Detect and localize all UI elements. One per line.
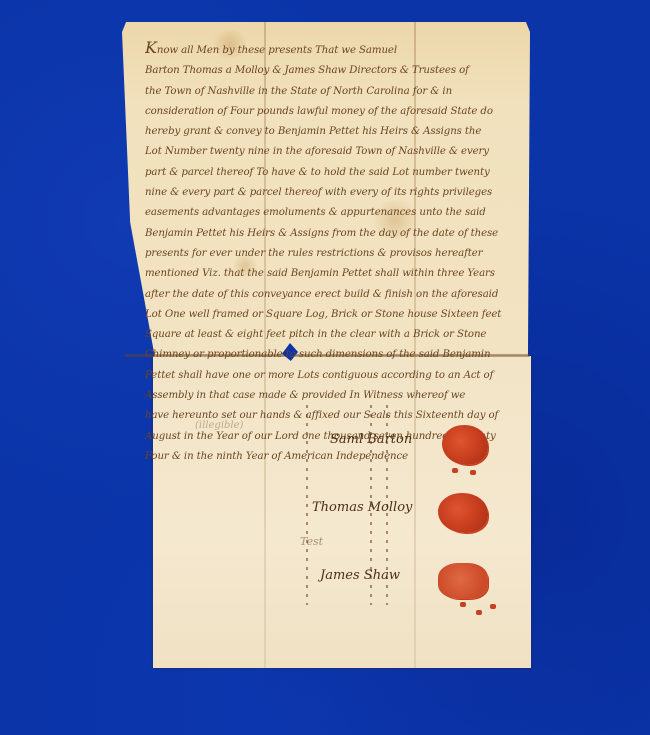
document-photograph: Know all Men by these presents That we S… — [0, 0, 650, 735]
text-line: Square at least & eight feet pitch in th… — [145, 325, 520, 345]
text-line: hereby grant & convey to Benjamin Pettet… — [145, 122, 520, 142]
wax-drip — [452, 468, 458, 473]
wax-drip — [490, 604, 496, 609]
text-line: nine & every part & parcel thereof with … — [145, 183, 520, 203]
witness-dotted-line — [306, 405, 308, 605]
text-line: the Town of Nashville in the State of No… — [145, 82, 520, 102]
wax-seal-1 — [442, 425, 488, 465]
text-line: easements advantages emoluments & appurt… — [145, 203, 520, 223]
signature-molloy: Thomas Molloy — [312, 500, 412, 515]
wax-drip — [476, 610, 482, 615]
text-line: Chimney or proportionable to such dimens… — [145, 345, 520, 365]
faint-annotation: (illegible) — [195, 420, 243, 431]
text-line: part & parcel thereof To have & to hold … — [145, 163, 520, 183]
text-line: Lot Number twenty nine in the aforesaid … — [145, 142, 520, 162]
wax-drip — [460, 602, 466, 607]
signature-shaw: James Shaw — [320, 568, 400, 583]
text-line: Barton Thomas a Molloy & James Shaw Dire… — [145, 61, 520, 81]
signature-barton: Saml Barton — [330, 432, 412, 447]
witness-marks: Test — [300, 535, 323, 548]
wax-drip — [470, 470, 476, 475]
text-line: mentioned Viz. that the said Benjamin Pe… — [145, 264, 520, 284]
text-line: Know all Men by these presents That we S… — [145, 38, 520, 61]
text-line: after the date of this conveyance erect … — [145, 285, 520, 305]
wax-seal-3 — [438, 563, 488, 599]
text-line: Assembly in that case made & provided In… — [145, 386, 520, 406]
text-line: Pettet shall have one or more Lots conti… — [145, 366, 520, 386]
text-line: presents for ever under the rules restri… — [145, 244, 520, 264]
text-line: Lot One well framed or Square Log, Brick… — [145, 305, 520, 325]
deed-handwritten-text: Know all Men by these presents That we S… — [145, 38, 520, 467]
text-line: Benjamin Pettet his Heirs & Assigns from… — [145, 224, 520, 244]
wax-seal-2 — [438, 493, 488, 533]
text-line: consideration of Four pounds lawful mone… — [145, 102, 520, 122]
